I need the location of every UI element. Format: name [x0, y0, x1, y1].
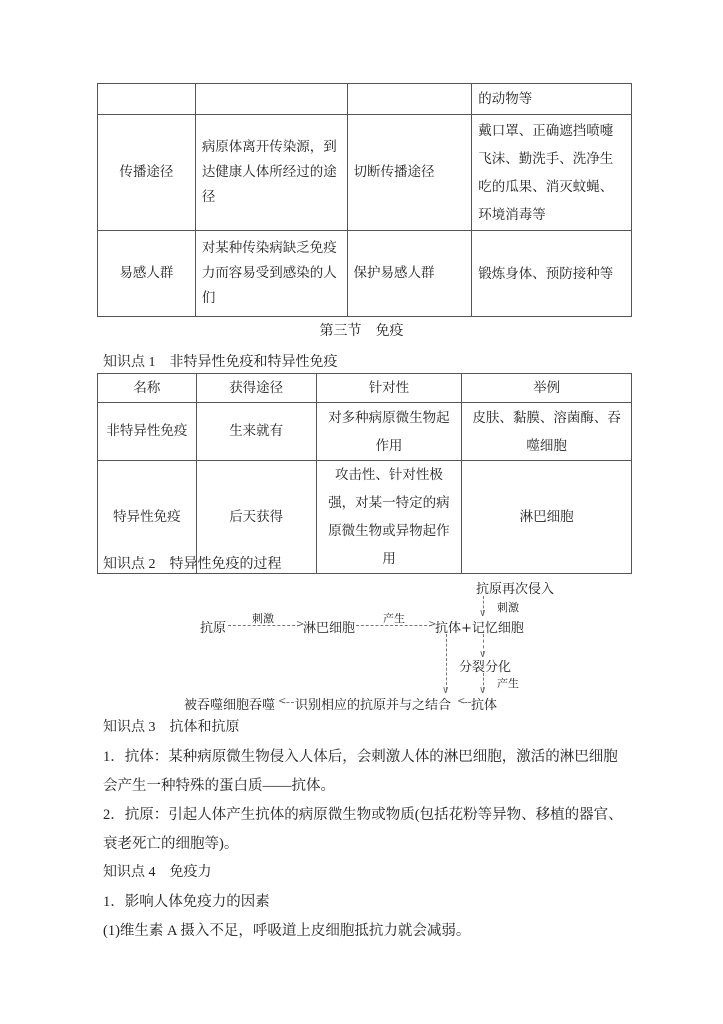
section-title: 第三节 免疫: [0, 320, 723, 340]
kp3-paragraph-1-cont: 会产生一种特殊的蛋白质——抗体。: [103, 774, 335, 795]
table-cell: 戴口罩、正确遮挡喷嚏飞沫、勤洗手、洗净生吃的瓜果、消灭蚊蝇、环境消毒等: [472, 115, 632, 231]
table-cell: [347, 84, 472, 115]
kp4-title: 知识点 4 免疫力: [103, 861, 212, 881]
table-row: 传播途径 病原体离开传染源，到达健康人体所经过的途径 切断传播途径 戴口罩、正确…: [98, 115, 632, 231]
kp4-subheading: 1．影响人体免疫力的因素: [103, 890, 270, 911]
recognize-label: 识别相应的抗原并与之结合: [295, 694, 451, 713]
table-cell: 非特异性免疫: [98, 403, 197, 461]
column-header: 获得途径: [196, 374, 316, 403]
antibody-label: 抗体: [471, 694, 497, 713]
kp3-title: 知识点 3 抗体和抗原: [103, 716, 240, 736]
table-cell: 攻击性、针对性极强，对某一特定的病原微生物或异物起作用: [316, 461, 462, 574]
produce-label-2: 产生: [497, 675, 519, 691]
table-cell: 锻炼身体、预防接种等: [472, 231, 632, 317]
reinvade-label: 抗原再次侵入: [476, 578, 554, 597]
divide-label: 分裂分化: [459, 656, 511, 675]
kp4-item-1: (1)维生素 A 摄入不足，呼吸道上皮细胞抵抗力就会减弱。: [103, 919, 470, 940]
lymphocyte-label: 淋巴细胞: [303, 617, 355, 636]
kp3-paragraph-1: 1．抗体：某种病原微生物侵入人体后，会刺激人体的淋巴细胞，激活的淋巴细胞: [103, 745, 618, 766]
table-cell: 对多种病原微生物起作用: [316, 403, 462, 461]
table-cell: 的动物等: [472, 84, 632, 115]
phagocytosed-label: 被吞噬细胞吞噬: [184, 694, 275, 713]
column-header: 名称: [98, 374, 197, 403]
table-header-row: 名称 获得途径 针对性 举例: [98, 374, 632, 403]
table-cell: [195, 84, 347, 115]
table-cell: 保护易感人群: [347, 231, 472, 317]
kp1-title: 知识点 1 非特异性免疫和特异性免疫: [103, 351, 338, 371]
table-row: 非特异性免疫 生来就有 对多种病原微生物起作用 皮肤、黏膜、溶菌酶、吞噬细胞: [98, 403, 632, 461]
table-row: 易感人群 对某种传染病缺乏免疫力而容易受到感染的人们 保护易感人群 锻炼身体、预…: [98, 231, 632, 317]
kp2-title: 知识点 2 特异性免疫的过程: [103, 553, 282, 573]
arrow-left: [282, 702, 294, 703]
table-cell: 皮肤、黏膜、溶菌酶、吞噬细胞: [462, 403, 632, 461]
arrow-down: [446, 634, 447, 690]
transmission-table: 的动物等 传播途径 病原体离开传染源，到达健康人体所经过的途径 切断传播途径 戴…: [97, 83, 632, 317]
column-header: 针对性: [316, 374, 462, 403]
antigen-label: 抗原: [200, 617, 226, 636]
table-row: 的动物等: [98, 84, 632, 115]
table-cell: 病原体离开传染源，到达健康人体所经过的途径: [195, 115, 347, 231]
table-cell: 淋巴细胞: [462, 461, 632, 574]
table-cell: [98, 84, 196, 115]
table-cell: 切断传播途径: [347, 115, 472, 231]
column-header: 举例: [462, 374, 632, 403]
arrow-right: [356, 625, 432, 626]
stimulate-label-2: 刺激: [497, 599, 519, 615]
kp3-paragraph-2-cont: 衰老死亡的细胞等)。: [103, 832, 238, 853]
produce-label-1: 产生: [383, 610, 405, 626]
antibody-memory-label: 抗体+记忆细胞: [435, 617, 524, 636]
table-cell: 易感人群: [98, 231, 196, 317]
table-cell: 对某种传染病缺乏免疫力而容易受到感染的人们: [195, 231, 347, 317]
table-cell: 传播途径: [98, 115, 196, 231]
table-cell: 生来就有: [196, 403, 316, 461]
stimulate-label-1: 刺激: [252, 610, 274, 626]
arrow-left: [461, 702, 471, 703]
arrow-right: [228, 625, 300, 626]
immunity-types-table: 名称 获得途径 针对性 举例 非特异性免疫 生来就有 对多种病原微生物起作用 皮…: [97, 373, 632, 574]
kp3-paragraph-2: 2．抗原：引起人体产生抗体的病原微生物或物质(包括花粉等异物、移植的器官、: [103, 803, 623, 824]
